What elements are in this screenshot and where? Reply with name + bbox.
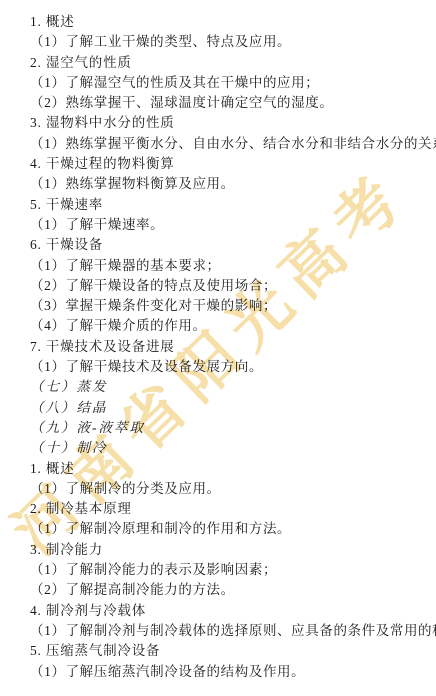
doc-line-item: （3）掌握干燥条件变化对干燥的影响； xyxy=(30,296,422,316)
doc-line-heading: 1. 概述 xyxy=(30,12,422,32)
doc-line-item: （1）了解湿空气的性质及其在干燥中的应用； xyxy=(30,73,422,93)
doc-line-item: （1）了解制冷能力的表示及影响因素； xyxy=(30,560,422,580)
doc-line-item: （2）了解干燥设备的特点及使用场合； xyxy=(30,276,422,296)
doc-line-item: （1）了解压缩蒸汽制冷设备的结构及作用。 xyxy=(30,662,422,682)
document-body: 1. 概述（1）了解工业干燥的类型、特点及应用。2. 湿空气的性质（1）了解湿空… xyxy=(0,0,436,696)
doc-line-item: （1）了解干燥速率。 xyxy=(30,215,422,235)
doc-line-kai: （十）制冷 xyxy=(30,438,422,458)
doc-line-item: （4）了解干燥介质的作用。 xyxy=(30,316,422,336)
doc-line-item: （1）了解制冷的分类及应用。 xyxy=(30,479,422,499)
doc-line-item: （1）了解工业干燥的类型、特点及应用。 xyxy=(30,32,422,52)
doc-line-heading: 4. 干燥过程的物料衡算 xyxy=(30,154,422,174)
doc-line-heading: 7. 干燥技术及设备进展 xyxy=(30,337,422,357)
doc-line-kai: （八）结晶 xyxy=(30,398,422,418)
doc-line-kai: （七）蒸发 xyxy=(30,377,422,397)
doc-line-heading: 2. 制冷基本原理 xyxy=(30,499,422,519)
doc-line-heading: 2. 湿空气的性质 xyxy=(30,53,422,73)
doc-line-item: （1）了解制冷原理和制冷的作用和方法。 xyxy=(30,519,422,539)
doc-line-heading: 6. 干燥设备 xyxy=(30,235,422,255)
doc-line-item: （1）了解干燥器的基本要求； xyxy=(30,256,422,276)
doc-line-item: （2）了解提高制冷能力的方法。 xyxy=(30,580,422,600)
doc-line-heading: 3. 湿物料中水分的性质 xyxy=(30,113,422,133)
doc-line-item: （1）熟练掌握物料衡算及应用。 xyxy=(30,174,422,194)
doc-line-heading: 4. 制冷剂与冷载体 xyxy=(30,601,422,621)
doc-line-item: （1）了解制冷剂与制冷载体的选择原则、应具备的条件及常用的种类。 xyxy=(30,621,422,641)
doc-line-item: （1）了解干燥技术及设备发展方向。 xyxy=(30,357,422,377)
doc-line-item: （1）熟练掌握平衡水分、自由水分、结合水分和非结合水分的关系与确定。 xyxy=(30,134,422,154)
doc-line-kai: （九）液-液萃取 xyxy=(30,418,422,438)
doc-line-heading: 1. 概述 xyxy=(30,459,422,479)
doc-line-heading: 3. 制冷能力 xyxy=(30,540,422,560)
document-page: 河南省阳光高考 1. 概述（1）了解工业干燥的类型、特点及应用。2. 湿空气的性… xyxy=(0,0,436,696)
doc-line-heading: 5. 压缩蒸气制冷设备 xyxy=(30,641,422,661)
doc-line-heading: 5. 干燥速率 xyxy=(30,195,422,215)
doc-line-item: （2）熟练掌握干、湿球温度计确定空气的湿度。 xyxy=(30,93,422,113)
